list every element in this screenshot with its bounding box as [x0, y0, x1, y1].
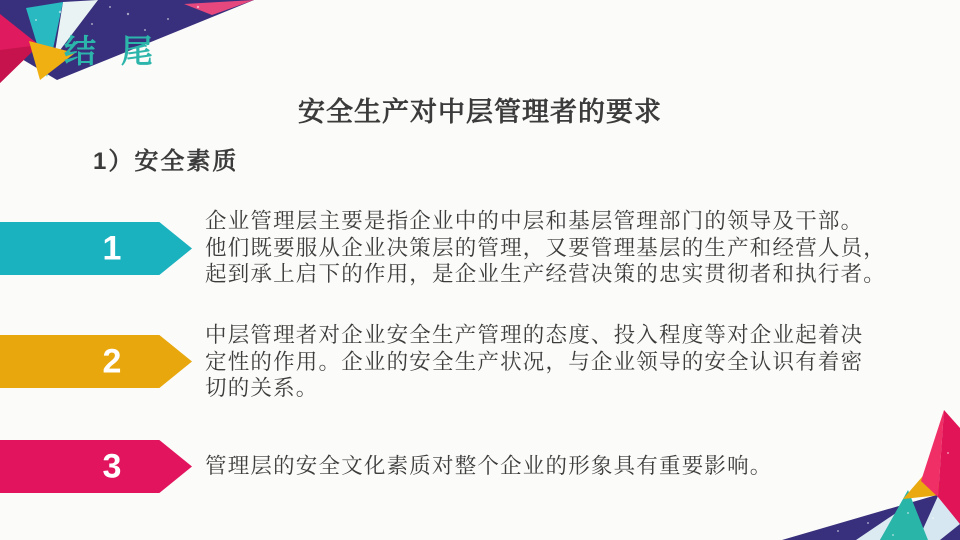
numbered-arrow-banner-3: 3	[0, 440, 192, 493]
slide-subtitle: 1）安全素质	[93, 141, 238, 176]
banner-number: 1	[103, 229, 122, 268]
banner-number: 2	[103, 342, 122, 381]
section-header: 结 尾	[64, 26, 161, 72]
item-paragraph-3: 管理层的安全文化素质对整个企业的形象具有重要影响。	[205, 453, 915, 480]
presentation-slide: 结 尾 安全生产对中层管理者的要求 1）安全素质 1 企业管理层主要是指企业中的…	[0, 0, 960, 540]
item-paragraph-2: 中层管理者对企业安全生产管理的态度、投入程度等对企业起着决 定性的作用。企业的安…	[205, 322, 915, 402]
banner-number: 3	[103, 447, 122, 486]
item-paragraph-1: 企业管理层主要是指企业中的中层和基层管理部门的领导及干部。 他们既要服从企业决策…	[205, 208, 915, 288]
numbered-arrow-banner-1: 1	[0, 222, 192, 275]
numbered-arrow-banner-2: 2	[0, 335, 192, 388]
slide-title: 安全生产对中层管理者的要求	[0, 90, 960, 129]
